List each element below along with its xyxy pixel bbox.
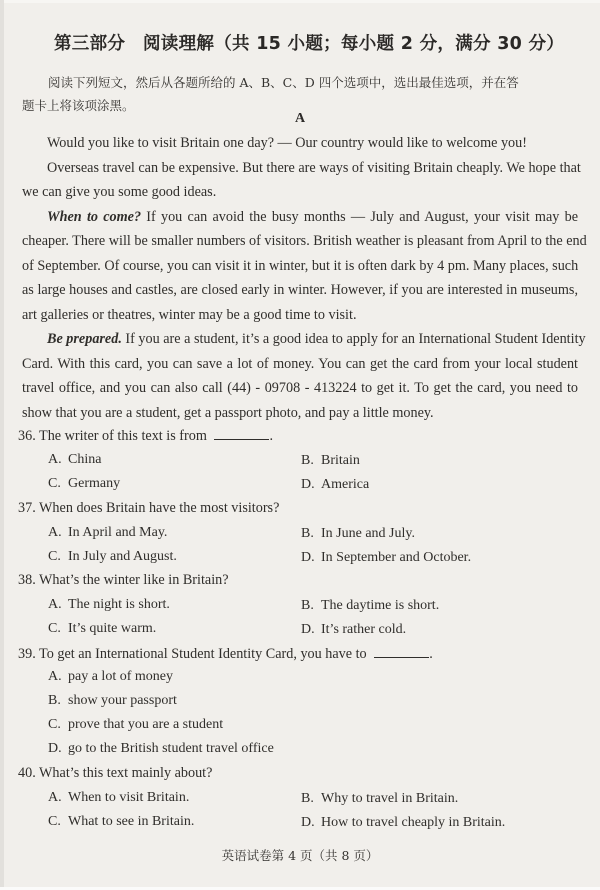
option-text: Britain bbox=[321, 453, 360, 468]
option-text: How to travel cheaply in Britain. bbox=[321, 815, 505, 830]
option-36-d[interactable]: D.America bbox=[301, 477, 369, 493]
option-text: pay a lot of money bbox=[68, 669, 173, 684]
option-39-a[interactable]: A.pay a lot of money bbox=[48, 669, 173, 685]
option-text: prove that you are a student bbox=[68, 717, 223, 732]
option-letter: C. bbox=[48, 476, 68, 492]
option-letter: A. bbox=[48, 669, 68, 685]
option-letter: C. bbox=[48, 814, 68, 830]
option-letter: B. bbox=[301, 791, 321, 807]
option-text: Why to travel in Britain. bbox=[321, 791, 458, 806]
option-text: China bbox=[68, 452, 101, 467]
instructions-line-1: 阅读下列短文，然后从各题所给的 A、B、C、D 四个选项中，选出最佳选项，并在答 bbox=[22, 73, 578, 91]
option-text: The daytime is short. bbox=[321, 598, 439, 613]
paragraph-heading-be-prepared: Be prepared. bbox=[47, 331, 122, 347]
question-stem: When does Britain have the most visitors… bbox=[39, 500, 279, 516]
option-38-b[interactable]: B.The daytime is short. bbox=[301, 598, 439, 614]
question-39: 39. To get an International Student Iden… bbox=[18, 645, 433, 663]
option-39-b[interactable]: B.show your passport bbox=[48, 693, 177, 709]
paragraph-heading-when-to-come: When to come? bbox=[47, 209, 141, 225]
option-40-b[interactable]: B.Why to travel in Britain. bbox=[301, 791, 458, 807]
option-37-a[interactable]: A.In April and May. bbox=[48, 525, 167, 541]
question-number: 36. bbox=[18, 428, 36, 444]
option-37-d[interactable]: D.In September and October. bbox=[301, 550, 471, 566]
exam-page: 第三部分 阅读理解（共 15 小题；每小题 2 分，满分 30 分） 阅读下列短… bbox=[0, 0, 600, 890]
question-stem-suffix: . bbox=[429, 646, 433, 662]
option-text: America bbox=[321, 477, 369, 492]
option-letter: A. bbox=[48, 790, 68, 806]
question-number: 37. bbox=[18, 500, 36, 516]
question-stem: What’s the winter like in Britain? bbox=[39, 572, 229, 588]
option-text: It’s rather cold. bbox=[321, 622, 406, 637]
option-letter: B. bbox=[301, 598, 321, 614]
option-text: It’s quite warm. bbox=[68, 621, 156, 636]
option-37-b[interactable]: B.In June and July. bbox=[301, 526, 415, 542]
passage-p3-line-1: When to come? If you can avoid the busy … bbox=[22, 208, 578, 226]
option-text: In September and October. bbox=[321, 550, 471, 565]
question-number: 40. bbox=[18, 765, 36, 781]
passage-p1: Would you like to visit Britain one day?… bbox=[22, 134, 578, 152]
question-37: 37. When does Britain have the most visi… bbox=[18, 500, 279, 517]
option-text: In April and May. bbox=[68, 525, 167, 540]
question-stem-suffix: . bbox=[269, 428, 273, 444]
option-text: What to see in Britain. bbox=[68, 814, 194, 829]
passage-label: A bbox=[0, 111, 600, 127]
option-38-a[interactable]: A.The night is short. bbox=[48, 597, 170, 613]
passage-p2-line-1: Overseas travel can be expensive. But th… bbox=[22, 159, 578, 177]
option-letter: D. bbox=[301, 815, 321, 831]
question-stem: What’s this text mainly about? bbox=[39, 765, 212, 781]
passage-p4-line-2: Card. With this card, you can save a lot… bbox=[22, 355, 578, 373]
option-text: show your passport bbox=[68, 693, 177, 708]
option-37-c[interactable]: C.In July and August. bbox=[48, 549, 177, 565]
option-letter: C. bbox=[48, 549, 68, 565]
question-38: 38. What’s the winter like in Britain? bbox=[18, 572, 229, 589]
option-39-c[interactable]: C.prove that you are a student bbox=[48, 717, 223, 733]
passage-p2-line-2: we can give you some good ideas. bbox=[22, 183, 578, 201]
option-text: In June and July. bbox=[321, 526, 415, 541]
question-number: 39. bbox=[18, 646, 36, 662]
question-stem: To get an International Student Identity… bbox=[39, 646, 367, 662]
option-letter: A. bbox=[48, 597, 68, 613]
option-36-c[interactable]: C.Germany bbox=[48, 476, 120, 492]
option-text: The night is short. bbox=[68, 597, 170, 612]
answer-blank bbox=[214, 427, 269, 440]
passage-text: If you can avoid the busy months — July … bbox=[141, 209, 578, 225]
answer-blank bbox=[374, 645, 429, 658]
option-letter: D. bbox=[48, 741, 68, 757]
option-letter: D. bbox=[301, 477, 321, 493]
passage-p3-line-3: of September. Of course, you can visit i… bbox=[22, 257, 578, 275]
option-text: When to visit Britain. bbox=[68, 790, 189, 805]
passage-p3-line-2: cheaper. There will be smaller numbers o… bbox=[22, 232, 578, 250]
page-footer: 英语试卷第 4 页（共 8 页） bbox=[0, 846, 600, 864]
option-40-d[interactable]: D.How to travel cheaply in Britain. bbox=[301, 815, 505, 831]
option-letter: D. bbox=[301, 622, 321, 638]
question-stem: The writer of this text is from bbox=[39, 428, 207, 444]
option-38-d[interactable]: D.It’s rather cold. bbox=[301, 622, 406, 638]
option-letter: C. bbox=[48, 621, 68, 637]
option-text: Germany bbox=[68, 476, 120, 491]
option-40-a[interactable]: A.When to visit Britain. bbox=[48, 790, 189, 806]
option-text: go to the British student travel office bbox=[68, 741, 274, 756]
question-number: 38. bbox=[18, 572, 36, 588]
option-letter: D. bbox=[301, 550, 321, 566]
question-40: 40. What’s this text mainly about? bbox=[18, 765, 212, 782]
passage-p4-line-4: show that you are a student, get a passp… bbox=[22, 404, 578, 422]
option-letter: B. bbox=[301, 453, 321, 469]
option-40-c[interactable]: C.What to see in Britain. bbox=[48, 814, 194, 830]
option-39-d[interactable]: D.go to the British student travel offic… bbox=[48, 741, 274, 757]
option-38-c[interactable]: C.It’s quite warm. bbox=[48, 621, 156, 637]
passage-p3-line-4: as large houses and castles, are closed … bbox=[22, 281, 578, 299]
option-letter: C. bbox=[48, 717, 68, 733]
section-title: 第三部分 阅读理解（共 15 小题；每小题 2 分，满分 30 分） bbox=[54, 30, 574, 55]
option-letter: A. bbox=[48, 452, 68, 468]
option-letter: B. bbox=[48, 693, 68, 709]
option-36-b[interactable]: B.Britain bbox=[301, 453, 360, 469]
option-letter: A. bbox=[48, 525, 68, 541]
question-36: 36. The writer of this text is from . bbox=[18, 427, 273, 445]
option-text: In July and August. bbox=[68, 549, 177, 564]
passage-p4-line-3: travel office, and you can also call (44… bbox=[22, 379, 578, 397]
passage-p3-line-5: art galleries or theatres, winter may be… bbox=[22, 306, 578, 324]
option-36-a[interactable]: A.China bbox=[48, 452, 101, 468]
passage-p4-line-1: Be prepared. If you are a student, it’s … bbox=[22, 330, 578, 348]
passage-text: If you are a student, it’s a good idea t… bbox=[122, 331, 586, 347]
option-letter: B. bbox=[301, 526, 321, 542]
instructions-text: 阅读下列短文，然后从各题所给的 A、B、C、D 四个选项中，选出最佳选项，并在答 bbox=[22, 75, 519, 90]
